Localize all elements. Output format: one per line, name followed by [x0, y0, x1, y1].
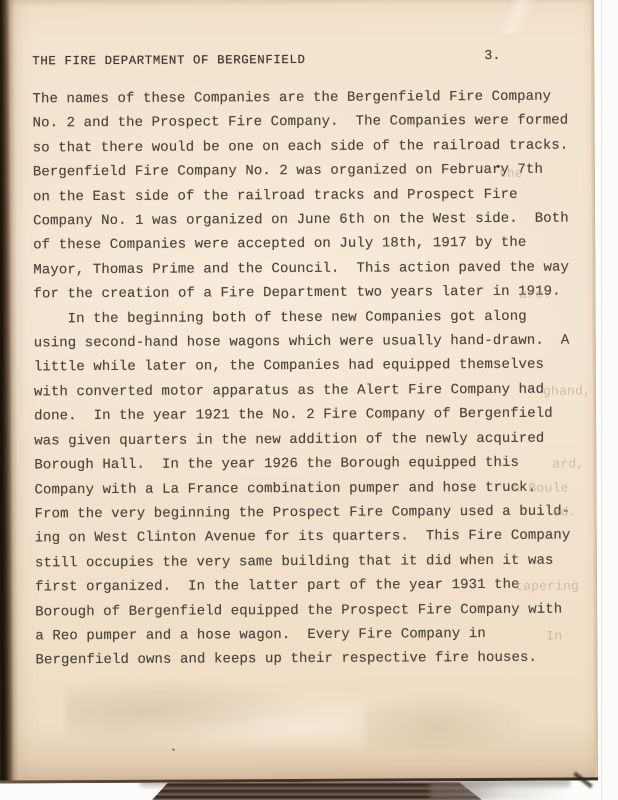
- ghost-text-fragment: tapering: [515, 579, 579, 594]
- ink-speck: [172, 749, 175, 751]
- ghost-text-fragment: the: [499, 166, 523, 181]
- ghost-text-fragment: n Boule: [512, 481, 568, 496]
- document-page: THE FIRE DEPARTMENT OF BERGENFIELD 3. Th…: [0, 0, 598, 784]
- ink-speck: [497, 165, 500, 168]
- bleed-through-text: theare.ghand,ard,n Bouleed.taperingIn: [0, 0, 598, 784]
- scanned-book-photo: THE FIRE DEPARTMENT OF BERGENFIELD 3. Th…: [0, 0, 618, 800]
- ghost-text-fragment: ed.: [553, 505, 577, 520]
- ghost-text-fragment: ard,: [552, 456, 584, 471]
- book-page-edges-fade: [430, 782, 570, 800]
- ghost-text-fragment: are.: [519, 287, 551, 302]
- scanner-background-seam: [601, 0, 602, 800]
- ghost-text-fragment: ghand,: [543, 383, 591, 398]
- ghost-text-fragment: In: [546, 629, 562, 644]
